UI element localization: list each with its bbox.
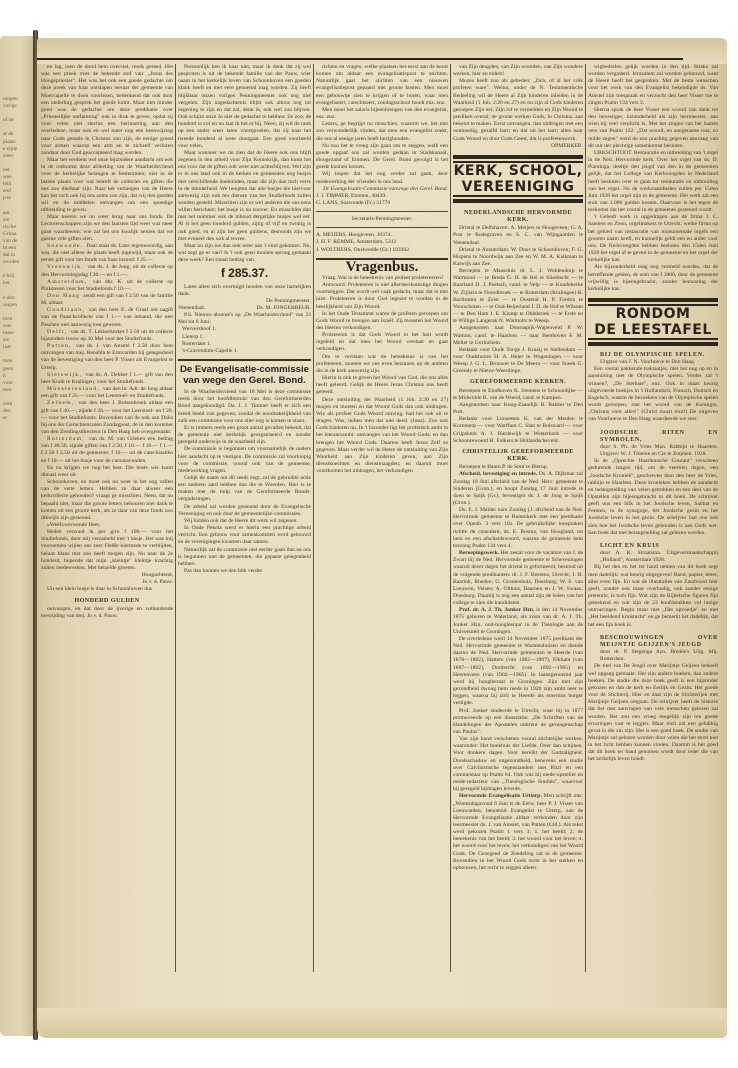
- cgk-list: Beroepen te Baarn P. de Smit te Bierop.: [453, 464, 583, 471]
- adjacent-page-text: ningen vorige of de at de plaats e zijde…: [0, 36, 34, 422]
- evangelisation-paragraph: De arbeid zal worden gesteund door de Ev…: [178, 504, 311, 518]
- banner-line-2: DE LEESTAFEL: [588, 322, 718, 338]
- col1-paragraph: Maar het verdient wel onze bijzondere aa…: [41, 157, 173, 214]
- gift-place: Rotterdam,: [47, 436, 89, 442]
- news-item: Ds. E. J. Malder nam Zondag j.l. afschei…: [453, 507, 583, 550]
- col1-intro: en lag, toen de dood hem overviel, reeds…: [41, 64, 173, 157]
- gift-entry: Amsterdam, van dhr. K. uit de collecte o…: [41, 279, 173, 293]
- col1-paragraph: Schoonhoven, en moet ook nu weer in het …: [41, 479, 173, 522]
- vragenbus-paragraph: Proleteeren is dat Gods Woord in het har…: [316, 332, 448, 353]
- book-title: JOODSCHE RITEN EN SYMBOLEN,: [600, 430, 718, 444]
- grk-entry: Aangenomen naar Koog-Zaandijk B. Bakker …: [453, 402, 583, 416]
- gift-place: Den Haag: [47, 293, 83, 299]
- column-divider: [585, 64, 586, 972]
- col2-paragraph: Maar nu zijn we dan ook weer aan 't eind…: [178, 243, 311, 264]
- column-1: en lag, toen de dood hem overviel, reeds…: [41, 64, 173, 620]
- book-review: BIJ DE OLYMPISCHE SPELEN.Uitgave van J. …: [588, 352, 718, 424]
- banner-line-1: KERK, SCHOOL,: [453, 163, 583, 179]
- news-text: Ds. E. J. Malder nam Zondag j.l. afschei…: [453, 507, 583, 549]
- commission-signature: Dr Evangelisatie-Commissie vanwege den G…: [316, 186, 448, 193]
- col4-intro: van Zijn deugden, van Zijn woorden, van …: [453, 64, 583, 78]
- treasurer-place: Veenendaal.: [178, 305, 205, 312]
- letter-closing: Hoogachtend,: [41, 572, 173, 579]
- gift-place: Goudriaan,: [47, 307, 89, 313]
- book-title: BESCHOUWINGEN OVER MEIJNTJE GEIJZEN'S JE…: [600, 635, 718, 649]
- subscriber-entry: 's-Gravenduin-Capelle 1.: [178, 348, 311, 355]
- col2-intro: Persoonlijk ken ik haar niet, maar ik de…: [178, 64, 311, 150]
- banner-line-1: RONDOM: [588, 306, 718, 322]
- secretary-entry: J. WOLTHERS, Onstwedde (Gr.) 103302.: [316, 247, 448, 254]
- thanks-text: Laten allen zich overtuigd houden van on…: [178, 284, 311, 298]
- news-lead: Hervormde Evangelisatie Urtierp.: [459, 793, 544, 799]
- cgk-entry: Beroepen te Baarn P. de Smit te Bierop.: [453, 464, 583, 471]
- gift-entry: Suawoude. Daar staat ds. Lans tegenwoord…: [41, 243, 173, 264]
- subscribers-heading: P.S. Nieuwe abonné's op „De Waarheidsvri…: [178, 312, 311, 326]
- secretary-entry: A. MEIJERS, Hoogeveen, 30374.: [316, 232, 448, 239]
- book-review: JOODSCHE RITEN EN SYMBOLEN,door S. Ph. d…: [588, 430, 718, 537]
- book-publisher: door S. Ph. de Vries Mzn. Rabbijn te Haa…: [600, 444, 718, 458]
- evangelisation-paragraph: De commissie is begonnen om voornamelijk…: [178, 446, 311, 475]
- commission-members: J. J. TIMMER, Emmen, 40430.G. LANS, Suaw…: [316, 193, 448, 207]
- news-lead: Afscheid, bevestiging en intrede.: [459, 471, 539, 477]
- nhk-heading: NEDERLANDSCHE HERVORMDE KERK.: [453, 209, 583, 223]
- secretary-list: A. MEIJERS, Hoogeveen, 30374.J. H. F. RE…: [316, 232, 448, 253]
- grk-list: Beroepen te Eindhoven K. Siemens te Scho…: [453, 388, 583, 445]
- gift-entry: Zelhem, van den heer J. Bolsenbroek alda…: [41, 400, 173, 436]
- col5-paragraph: URKSCHTOOT. Restauratie en uitbreiding v…: [588, 150, 718, 214]
- vragenbus-paragraph: Hierin is ook te geven het Woord van God…: [316, 375, 448, 396]
- column-divider: [175, 64, 176, 972]
- vragenbus-paragraph: In het Oude Testament waren de profeten …: [316, 311, 448, 332]
- page-top-margin: [37, 38, 727, 64]
- cgk-heading: CHRISTELIJK GEREFORMEERDE KERK.: [453, 448, 583, 462]
- col3-paragraph: Wij hopen dat het nog verder zal gaan, d…: [316, 171, 448, 185]
- book-review-text: De titel van De Jeugd over Marijntje Gei…: [588, 663, 718, 763]
- gift-entry: Delft, van ds. T. Lekkerkerker f 2.50 ui…: [41, 329, 173, 343]
- subscribers-list: Wervershoof 1.Lieterp 1.Rotterdam 1.'s-G…: [178, 326, 311, 355]
- treasurer-name: Ds. M. JONGEBREUR.: [256, 305, 311, 312]
- gift-place: Suawoude.: [47, 243, 86, 249]
- secretary-heading: Secretaris-Penningmeester.: [316, 216, 448, 223]
- evangelisation-paragraph: In Oude Pekela werd er hierin een pracht…: [178, 525, 311, 546]
- col3-paragraph: Nu zou het te vroeg zijn gaan om te zegg…: [316, 143, 448, 172]
- nhk-entry: Bedankt voor Oude Tonge J. Kraaij te Ste…: [453, 347, 583, 376]
- vragenbus-paragraph: Om te verstaan wat de beteekenis is van …: [316, 354, 448, 375]
- grk-heading: GEREFORMEERDE KERKEN.: [453, 378, 583, 385]
- col1-paragraph: Uit een klein busje is daar in Schoonhov…: [41, 586, 173, 593]
- subscriber-entry: Wervershoof 1.: [178, 326, 311, 333]
- column-4: van Zijn deugden, van Zijn woorden, van …: [453, 64, 583, 872]
- col1-paragraph: ontvangen, en dat door de ijverige en vo…: [41, 606, 173, 620]
- evangelisation-paragraph: Gelijk de naam om dit reeds zegt, zal de…: [178, 475, 311, 504]
- nhk-entry: Drietal te Delfshaven: A. Meijers te Hoo…: [453, 225, 583, 246]
- book-publisher: door dr. P. Stegenga Azn. Bredée's Uitg.…: [600, 649, 718, 663]
- col2-paragraph: Maar wanneer we nu zien dat de Heere ook…: [178, 150, 311, 243]
- news-text: De overledene werd 14 November 1875 pred…: [453, 636, 583, 706]
- news-item: De overledene werd 14 November 1875 pred…: [453, 636, 583, 708]
- nhk-entry: Drietal te Amsterdam: W. Dour te Schoonh…: [453, 247, 583, 268]
- book-reviews: BIJ DE OLYMPISCHE SPELEN.Uitgave van J. …: [588, 352, 718, 764]
- evangelisation-paragraph: Er is immers reeds een groot aantal geva…: [178, 425, 311, 446]
- evangelisation-paragraph: In de Waarheidsvriend van 18 Mei is deze…: [178, 389, 311, 425]
- commission-member: J. J. TIMMER, Emmen, 40430.: [316, 193, 448, 200]
- col5-paragraph: Hierna sprak de heer Visser een woord va…: [588, 107, 718, 150]
- evangelisation-paragraph: Wij bidden ook dat de Heere dit werk wil…: [178, 518, 311, 525]
- column-divider: [450, 64, 451, 972]
- header-rule: [37, 58, 683, 60]
- gift-entry: Münsterenland, van den br. Adr. de Jong …: [41, 386, 173, 400]
- opmerker-signature: OPMERKER.: [453, 143, 583, 150]
- news-item: Prof. dr. A. J. Th. Jonker Hzn. is den 1…: [453, 607, 583, 636]
- page-bottom-margin: [37, 1008, 727, 1038]
- vragenbus-heading: Vragenbus.: [316, 264, 448, 271]
- kerk-school-vereeniging-banner: KERK, SCHOOL, VEREENIGING: [453, 155, 583, 203]
- news-text: Het zestal voor de vacature van J. de Zw…: [453, 550, 583, 606]
- subscriber-entry: Rotterdam 1.: [178, 341, 311, 348]
- book-review-text: In de „Oprechte Haarlemsche Courant" ver…: [588, 458, 718, 537]
- col5-paragraph: 't Gebedt werk is opgedragen aan de firm…: [588, 214, 718, 264]
- news-item: Prof. Jonker studeerde te Utrecht, waar …: [453, 708, 583, 737]
- book-review-text: Bij het den en het ter hand nemen van di…: [588, 564, 718, 628]
- column-5: wigbedrelen gelijk worden in den tijd. S…: [588, 64, 718, 770]
- news-text: Van zijn hand verschenen vooral stichtel…: [453, 736, 583, 792]
- treasurer-signature: Veenendaal. Ds. M. JONGEBREUR.: [178, 305, 311, 312]
- nhk-entry: Beroepen te Maassluis dr. L. J. Woldendo…: [453, 268, 583, 325]
- col1-paragraph: En nu krijgen we nog het best. Die beste…: [41, 465, 173, 479]
- gift-place: Delft,: [47, 329, 71, 335]
- book-review: BESCHOUWINGEN OVER MEIJNTJE GEIJZEN'S JE…: [588, 635, 718, 764]
- secretary-entry: J. H. F. REMME, Amsterdam, 5312: [316, 239, 448, 246]
- col3-intro: richten en vragen, welke plaatsen het ee…: [316, 64, 448, 107]
- news-item: Hervormde Evangelisatie Urtierp. Men sch…: [453, 793, 583, 872]
- news-text: Men schrijft ons: „Woensdagavond 6 Juni …: [453, 793, 583, 871]
- rondom-de-leestafel-banner: RONDOM DE LEESTAFEL: [588, 298, 718, 346]
- gift-place: Zelhem,: [47, 400, 78, 406]
- news-lead: Beroepingswerk.: [459, 550, 501, 556]
- section-rule: [178, 359, 311, 361]
- gift-entry: Sleiswijk, van ds. A. Dekker f 1.— gift …: [41, 372, 173, 386]
- col3-paragraph: Men moet het salaris bijeenbrengen van d…: [316, 107, 448, 121]
- vragenbus-paragraph: Deze ontsluiting der Waarheid (1 Joh. 2:…: [316, 397, 448, 476]
- vragenbus-paragraph: Vraag. Wat is de beteekenis van proleet …: [316, 275, 448, 282]
- column-3: richten en vragen, welke plaatsen het ee…: [316, 64, 448, 475]
- news-lead: Prof. dr. A. J. Th. Jonker Hzn.: [459, 607, 536, 613]
- col5-intro: wigbedrelen gelijk worden in den tijd. S…: [588, 64, 718, 107]
- book-title: BIJ DE OLYMPISCHE SPELEN.: [600, 352, 718, 359]
- church-news: Afscheid, bevestiging en intrede. Ds. A.…: [453, 471, 583, 872]
- gift-place: Sleiswijk,: [47, 372, 86, 378]
- book-title: LICHT EN KRUIS: [600, 543, 718, 550]
- book-publisher: door A. K. Straatsma. Uitgeversmaatschap…: [600, 550, 718, 564]
- grk-entry: Beroepen te Eindhoven K. Siemens te Scho…: [453, 388, 583, 402]
- subscriber-entry: Lieterp 1.: [178, 334, 311, 341]
- gift-list: Suawoude. Daar staat ds. Lans tegenwoord…: [41, 243, 173, 465]
- news-item: Van zijn hand verschenen vooral stichtel…: [453, 736, 583, 793]
- col3-paragraph: Lezers, ge begrijpt nu misschien, waarom…: [316, 121, 448, 142]
- nhk-entry: Aangenomen naar Doornspijk-Wapenveld P. …: [453, 325, 583, 346]
- section-rule: [316, 211, 448, 212]
- total-amount: f 285.37.: [178, 270, 311, 277]
- evangelisation-heading: De Evangelisatie-commissie van wege den …: [178, 364, 311, 386]
- evangelisation-article: In de Waarheidsvriend van 18 Mei is deze…: [178, 389, 311, 575]
- gift-place: Amsterdam,: [47, 279, 93, 285]
- news-text: Prof. Jonker studeerde te Utrecht, waar …: [453, 708, 583, 735]
- treasurer-title: De Penningmeester,: [178, 298, 311, 305]
- adjacent-page-fragment: ningen vorige of de at de plaats e zijde…: [0, 36, 34, 1036]
- letter-signature: Jo v. d. Pauw.: [41, 579, 173, 586]
- honderd-gulden-heading: HONDERD GULDEN: [41, 597, 173, 604]
- news-item: Afscheid, bevestiging en intrede. Ds. A.…: [453, 471, 583, 507]
- commission-member: G. LANS, Suawoude (Fr.) 31770: [316, 200, 448, 207]
- nhk-list: Drietal te Delfshaven: A. Meijers te Hoo…: [453, 225, 583, 375]
- evangelisation-paragraph: Natuurlijk zal de commissie niet eerder …: [178, 547, 311, 568]
- gift-entry: Vreeswijk. van ds. J. de Jong, uit de co…: [41, 264, 173, 278]
- news-item: Beroepingswerk. Het zestal voor de vacat…: [453, 550, 583, 607]
- vragenbus-article: Vraag. Wat is de beteekenis van proleet …: [316, 275, 448, 475]
- gift-entry: Den Haag zendt een gift van f 2.50 van d…: [41, 293, 173, 307]
- col4-paragraph: Mozes heeft zoo als gebeden: „Och, of al…: [453, 78, 583, 142]
- vragenbus-paragraph: Antwoord. Proleteeren is niet allerdeerk…: [316, 282, 448, 311]
- book-publisher: Uitgave van J. N. Voorhoeve te Den Haag.: [600, 359, 718, 366]
- book-review-text: Een viertal pakkende traktaatjes, met he…: [588, 366, 718, 423]
- letter-body: Heden verzond ik per giro f 100.— voor h…: [41, 529, 173, 572]
- col1-paragraph: Maar keeren we nu weer terug naar ons fo…: [41, 214, 173, 243]
- gift-entry: Goudriaan, van den heer E. de Graaf om n…: [41, 307, 173, 328]
- col5-paragraph: Als bijzonderheid mag nog vermeld worden…: [588, 264, 718, 293]
- column-divider: [313, 64, 314, 972]
- grk-entry: Bedankt voor Lioneesen K. van der Meulen…: [453, 416, 583, 445]
- gift-entry: Putten, van ds. J. van Amstel f 2.50 doo…: [41, 343, 173, 372]
- gift-place: Putten,: [47, 343, 76, 349]
- evangelisation-paragraph: Pas dan kunnen we den blik verder: [178, 568, 311, 575]
- book-review: LICHT EN KRUISdoor A. K. Straatsma. Uitg…: [588, 543, 718, 629]
- gift-entry: Rotterdam, van ds. M. van Grieken een be…: [41, 436, 173, 465]
- banner-line-2: VEREENIGING: [453, 179, 583, 195]
- gift-place: Münsterenland,: [47, 386, 103, 392]
- column-2: Persoonlijk ken ik haar niet, maar ik de…: [178, 64, 311, 575]
- gift-place: Vreeswijk.: [47, 264, 87, 270]
- section-rule: [316, 227, 448, 228]
